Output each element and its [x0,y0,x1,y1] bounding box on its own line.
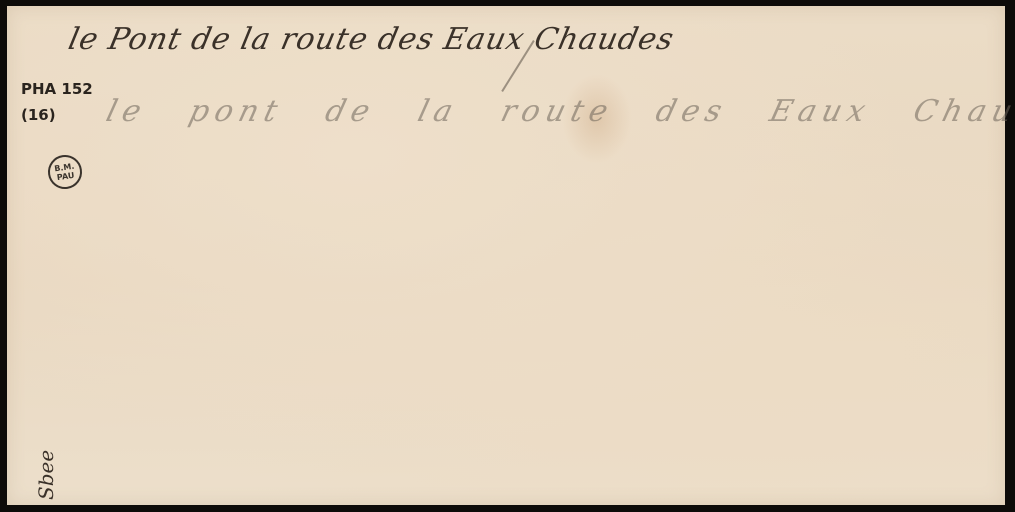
photo-card-verso: le Pont de la route des Eaux Chaudes le … [7,6,1005,505]
call-number: PHA 152 (16) [21,76,93,128]
call-number-line2: (16) [21,102,93,128]
stamp-line2: PAU [56,171,75,182]
library-stamp-icon: B.M. PAU [46,153,84,191]
pencil-caption: le pont de la route des Eaux Chaudes [103,94,1015,129]
call-number-line1: PHA 152 [21,76,93,102]
margin-note: Sbee [34,450,58,500]
ink-caption: le Pont de la route des Eaux Chaudes [65,22,677,57]
scan-frame: le Pont de la route des Eaux Chaudes le … [0,0,1015,512]
